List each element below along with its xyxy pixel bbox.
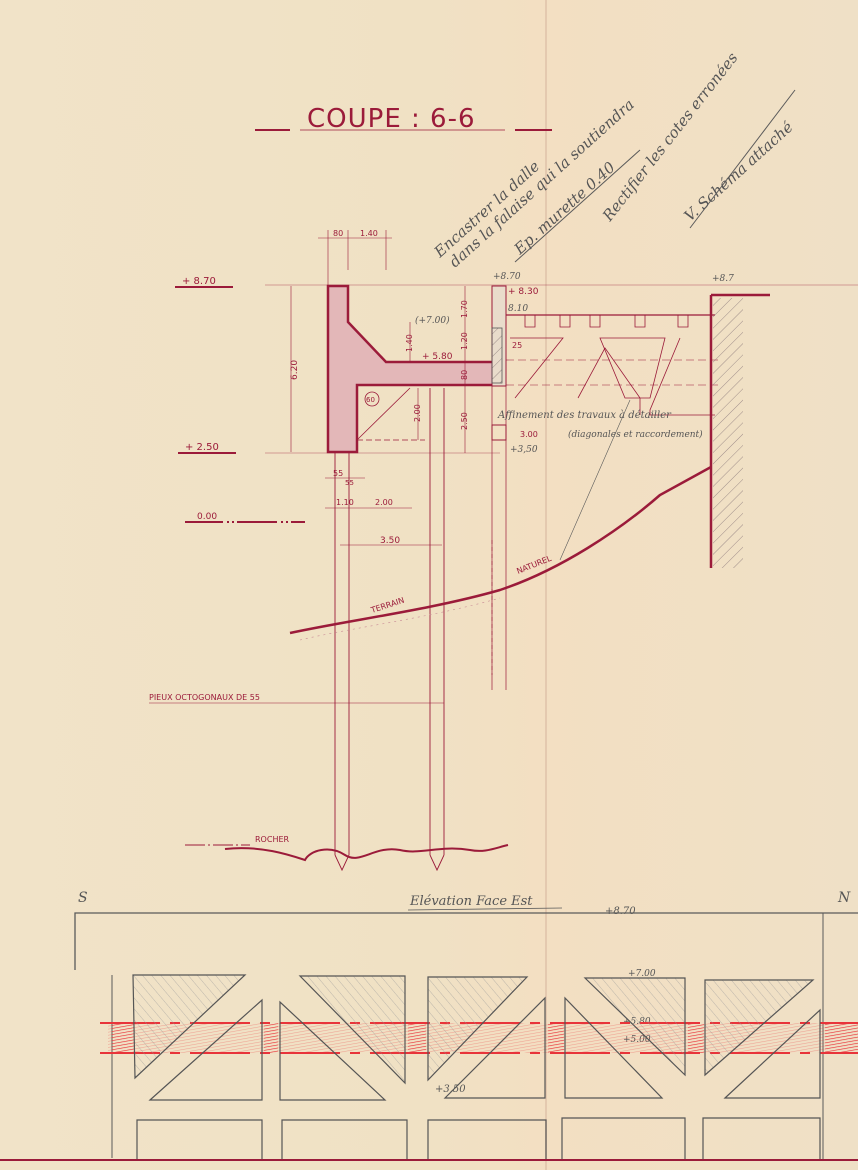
level-markers: + 8.70 + 2.50 0.00 [175, 276, 305, 522]
cliff-wall: +8.7 [711, 274, 770, 568]
svg-text:1.40: 1.40 [360, 229, 378, 238]
pencil-note: Affinement des travaux à détailler [497, 410, 672, 421]
svg-text:60: 60 [366, 396, 375, 404]
svg-text:+8.70: +8.70 [605, 906, 636, 917]
svg-text:PIEUX OCTOGONAUX DE 55: PIEUX OCTOGONAUX DE 55 [149, 693, 260, 702]
svg-text:+ 2.50: + 2.50 [185, 442, 219, 453]
svg-text:80: 80 [460, 370, 469, 380]
svg-text:+ 5.80: + 5.80 [422, 352, 453, 362]
pencil-note-2: (diagonales et raccordement) [568, 429, 703, 440]
rock-line: ROCHER [185, 835, 508, 860]
svg-text:55: 55 [333, 469, 343, 478]
svg-text:1.70: 1.70 [460, 300, 469, 318]
svg-text:25: 25 [512, 341, 522, 350]
svg-text:2.00: 2.00 [375, 498, 393, 507]
terrain-line: TERRAIN NATUREL [290, 467, 711, 640]
svg-text:+8.70: +8.70 [493, 272, 521, 282]
dimension-lines: 80 1.40 6.20 1.40 (+7.00) + 5.80 1.70 1.… [290, 229, 469, 546]
south-label: S [78, 890, 88, 906]
handwritten-notes: Encastrer la dalle dans la falaise qui l… [430, 49, 797, 271]
svg-text:+8.7: +8.7 [712, 274, 734, 284]
svg-text:2.00: 2.00 [413, 404, 422, 422]
elevation-view: S N Elévation Face Est +3.50 +8.70 +7.00… [0, 890, 858, 1160]
svg-text:8.10: 8.10 [508, 304, 528, 314]
svg-text:1.20: 1.20 [460, 332, 469, 350]
svg-text:3.00: 3.00 [520, 430, 538, 439]
north-label: N [837, 890, 851, 906]
note-schema: V. Schéma attaché [681, 118, 797, 225]
svg-text:55: 55 [345, 479, 354, 487]
svg-text:ROCHER: ROCHER [255, 835, 290, 844]
svg-text:3.50: 3.50 [380, 536, 400, 546]
svg-text:80: 80 [333, 229, 343, 238]
svg-text:0.00: 0.00 [197, 512, 217, 522]
wall-section: 60 [328, 286, 500, 452]
drawing-sheet: COUPE : 6-6 Encastrer la dalle dans la f… [0, 0, 858, 1170]
svg-text:+ 8.70: + 8.70 [182, 276, 216, 287]
title-block: COUPE : 6-6 [255, 104, 552, 134]
gallery-section: + 8.30 8.10 25 +8.70 3.00 +3,50 Affineme… [492, 272, 720, 560]
section-drawing: COUPE : 6-6 Encastrer la dalle dans la f… [0, 0, 858, 1170]
piles-label: PIEUX OCTOGONAUX DE 55 [149, 693, 444, 703]
svg-text:1.10: 1.10 [336, 498, 354, 507]
naturel-label: NATUREL [515, 554, 553, 576]
svg-text:+3.50: +3.50 [435, 1084, 466, 1095]
svg-text:2.50: 2.50 [460, 412, 469, 430]
svg-text:+3,50: +3,50 [510, 445, 538, 455]
svg-text:1.40: 1.40 [405, 334, 414, 352]
page-title: COUPE : 6-6 [307, 104, 476, 134]
svg-text:(+7.00): (+7.00) [415, 315, 450, 326]
svg-text:+ 8.30: + 8.30 [508, 287, 539, 297]
svg-text:6.20: 6.20 [290, 360, 300, 380]
elevation-title: Elévation Face Est [409, 894, 533, 909]
